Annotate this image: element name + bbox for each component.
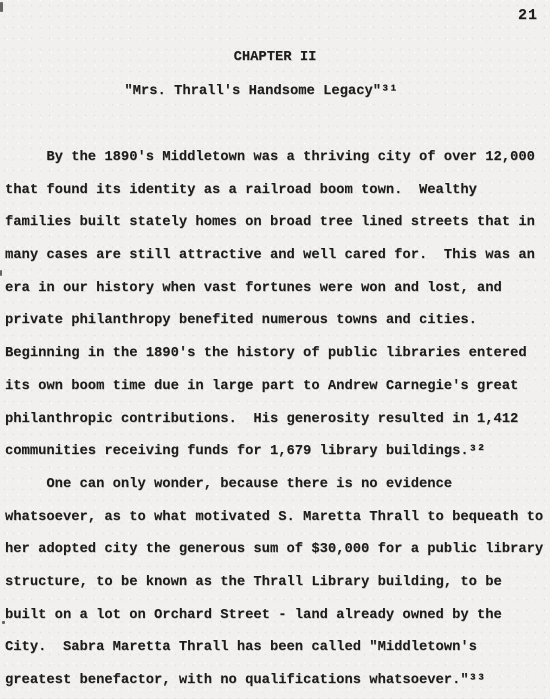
chapter-subtitle: "Mrs. Thrall's Handsome Legacy"³¹ xyxy=(0,84,536,100)
text-line: its own boom time due in large part to A… xyxy=(5,371,550,404)
text-line: Beginning in the 1890's the history of p… xyxy=(5,338,550,371)
text-line: built on a lot on Orchard Street - land … xyxy=(5,600,550,633)
text-line: her adopted city the generous sum of $30… xyxy=(5,534,550,567)
scan-artifact xyxy=(0,2,3,12)
text-line: structure, to be known as the Thrall Lib… xyxy=(5,567,550,600)
scan-artifact xyxy=(0,270,2,276)
text-line: whatsoever, as to what motivated S. Mare… xyxy=(5,502,550,535)
text-line: private philanthropy benefited numerous … xyxy=(5,305,550,338)
text-line: era in our history when vast fortunes we… xyxy=(5,273,550,306)
page-number: 21 xyxy=(518,7,538,25)
paragraph-2: One can only wonder, because there is no… xyxy=(5,469,550,698)
chapter-heading: CHAPTER II xyxy=(0,50,550,66)
text-line: One can only wonder, because there is no… xyxy=(5,469,550,502)
text-line: families built stately homes on broad tr… xyxy=(5,207,550,240)
text-line: philanthropic contributions. His generos… xyxy=(5,404,550,437)
document-page: 21 CHAPTER II "Mrs. Thrall's Handsome Le… xyxy=(0,0,550,699)
text-line: that found its identity as a railroad bo… xyxy=(5,175,550,208)
body-text: By the 1890's Middletown was a thriving … xyxy=(5,142,550,698)
text-line: By the 1890's Middletown was a thriving … xyxy=(5,142,550,175)
text-line: communities receiving funds for 1,679 li… xyxy=(5,436,550,469)
paragraph-1: By the 1890's Middletown was a thriving … xyxy=(5,142,550,469)
text-line: many cases are still attractive and well… xyxy=(5,240,550,273)
text-line: City. Sabra Maretta Thrall has been call… xyxy=(5,632,550,665)
text-line: greatest benefactor, with no qualificati… xyxy=(5,665,550,698)
